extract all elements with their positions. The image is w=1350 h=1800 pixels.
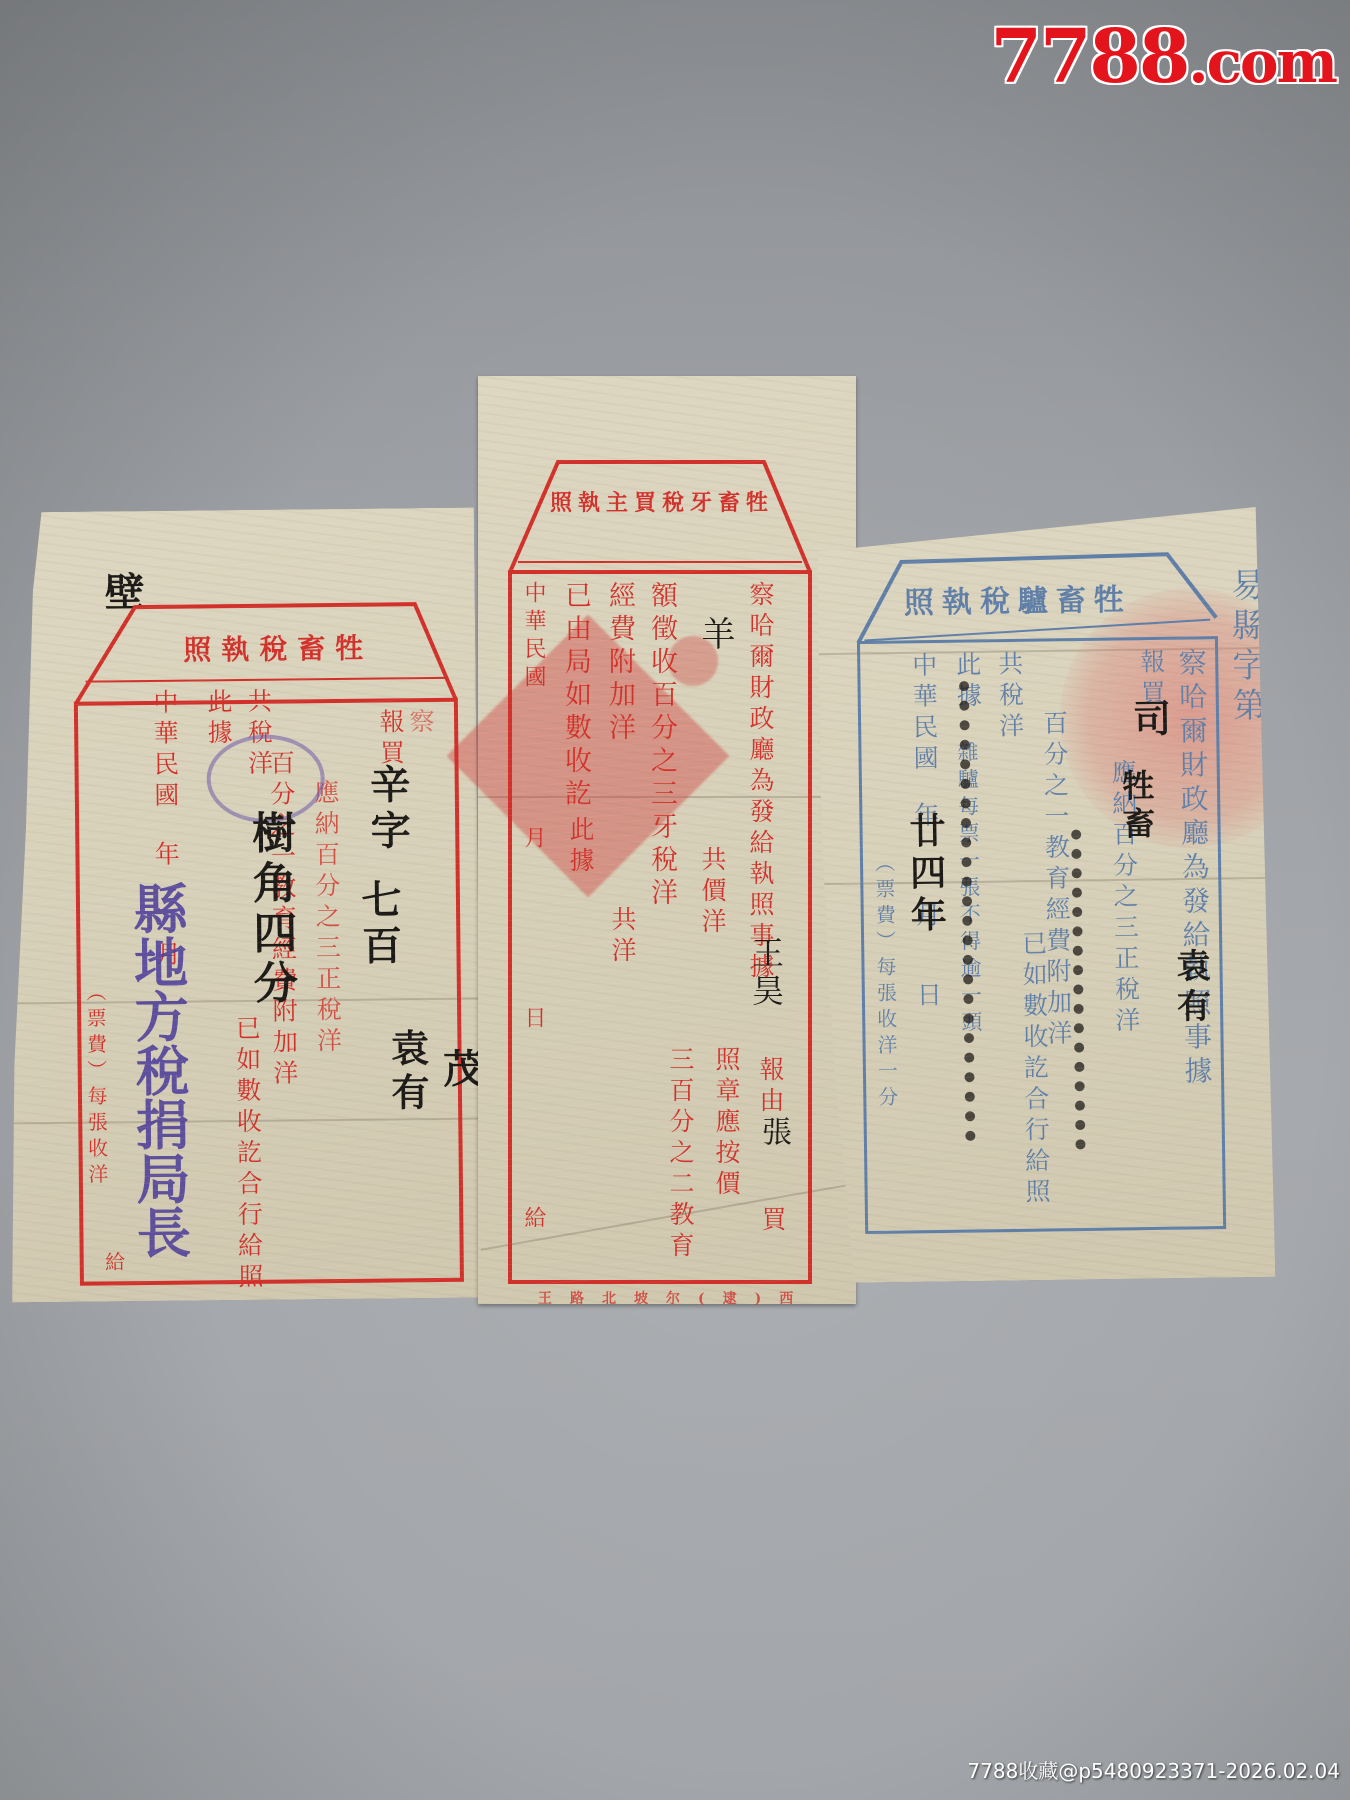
text-column: 應納百分之三正稅洋 (313, 779, 341, 1058)
text-column: 額徵收百分之三牙稅洋 (648, 581, 675, 911)
text-column: 年 (153, 841, 178, 872)
document-left: 壁 牲畜稅執照 察 報買 應納百分之三正稅洋 百分之一教育經費附加洋 已如數收訖… (4, 508, 482, 1303)
text-column: 中華民國 (522, 581, 544, 693)
text-column: 日 (522, 1006, 544, 1034)
handwriting: 辛字 (367, 763, 408, 855)
handwriting: 羊 (698, 616, 732, 656)
text-column: （票費）每張收洋一分 (873, 852, 897, 1112)
handwriting: 茂 (440, 1048, 480, 1094)
text-column: （票費）每張收洋 (85, 981, 107, 1189)
text-column: 照章應按價 (714, 1046, 739, 1201)
text-column: 已由局如數收訖 (562, 581, 589, 812)
logo-suffix: .com (1188, 28, 1336, 96)
text-column: 月 (522, 826, 544, 854)
handwriting: 袁有 (387, 1028, 426, 1116)
text-column: 買 (760, 1206, 785, 1237)
text-column: 報買 (378, 708, 404, 770)
text-column: 察 (408, 708, 433, 739)
text-column: 給 (104, 1251, 124, 1277)
text-column: 已如數收訖合行給照 (1020, 930, 1049, 1209)
text-column: 共洋 (610, 906, 635, 968)
handwriting: 七百 (358, 878, 399, 970)
text-column: 中華民國 (911, 652, 938, 776)
text-column: 中華民國 (152, 689, 178, 813)
side-serial-text: 易縣字第 (1227, 567, 1263, 727)
handwriting: 牲畜 (1120, 769, 1153, 845)
text-column: 已如數收訖合行給照 (234, 1015, 262, 1294)
handwriting: 樹角四分 (247, 809, 293, 1009)
text-column: 給 (522, 1206, 544, 1234)
text-column: 察哈爾財政廳為發給執照事據 (748, 581, 773, 984)
credit-watermark: 7788收藏@p5480923371-2026.02.04 (967, 1755, 1340, 1784)
document-middle: 牲畜牙稅買主執照 察哈爾財政廳為發給執照事據 額徵收百分之三牙稅洋 經費附加洋 … (478, 376, 856, 1304)
text-column: 報由 (758, 1056, 783, 1118)
handwriting: 張 (758, 1116, 788, 1152)
document-title: 牲畜稅執照 (183, 627, 373, 669)
handwriting: 袁有 (1173, 948, 1208, 1028)
text-column: 三百分之二教育 (668, 1046, 693, 1263)
handwriting: 廿四年 (907, 811, 945, 937)
handwriting-amount (959, 680, 1019, 1141)
printer-line: 西(逮)尔坡北路王 (538, 1288, 811, 1308)
purple-office-stamp: 縣地方稅捐局長 (130, 881, 188, 1260)
document-title: 牲畜牙稅買主執照 (550, 486, 774, 517)
site-logo-watermark: 7788.com (990, 14, 1336, 100)
text-column: 經費附加洋 (606, 581, 633, 746)
text-column: 此據 (206, 688, 232, 750)
handwriting-amount (1071, 829, 1129, 1150)
handwriting: 王昊 (750, 936, 782, 1012)
text-column: 日 (915, 981, 940, 1012)
handwriting: 司 (1129, 698, 1168, 743)
text-column: 此據 (568, 816, 593, 878)
document-right: 牲畜驢稅執照 察哈爾財政廳為發給執照事據 報買 應納百分之三正稅洋 百分之一教育… (817, 507, 1276, 1283)
logo-main: 7788 (990, 14, 1188, 100)
document-title: 牲畜驢稅執照 (904, 575, 1133, 622)
text-column: 共價洋 (700, 846, 725, 939)
